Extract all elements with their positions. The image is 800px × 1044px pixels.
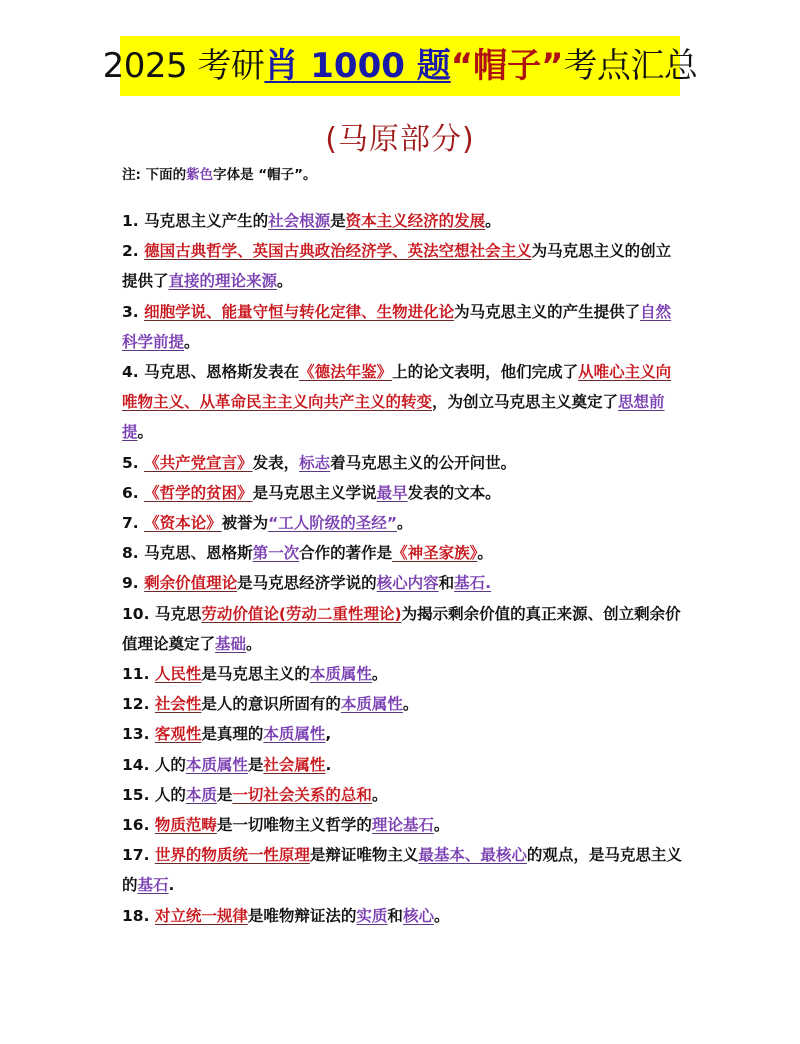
item-number: 15. bbox=[122, 786, 149, 804]
body-text: 马克思、恩格斯 bbox=[144, 544, 253, 562]
hat-keyword: 本质属性 bbox=[263, 725, 325, 743]
hat-keyword: 基础 bbox=[215, 635, 246, 653]
body-text: 是马克思经济学说的 bbox=[237, 574, 377, 592]
body-text: 上的论文表明，他们完成了 bbox=[392, 363, 578, 381]
body-text: 。 bbox=[397, 514, 413, 532]
answer-text: 劳动价值论(劳动二重性理论) bbox=[201, 605, 401, 623]
body-text: 是唯物辩证法的 bbox=[248, 907, 357, 925]
body-text: 。 bbox=[434, 907, 450, 925]
hat-keyword: 社会根源 bbox=[268, 212, 330, 230]
body-text: 是辩证唯物主义 bbox=[310, 846, 419, 864]
answer-text: 《神圣家族》 bbox=[392, 544, 477, 562]
item-number: 8. bbox=[122, 544, 139, 562]
body-text: 。 bbox=[184, 333, 200, 351]
hat-keyword: 实质 bbox=[356, 907, 387, 925]
item-number: 5. bbox=[122, 454, 139, 472]
answer-text: 社会属性 bbox=[263, 756, 325, 774]
answer-text: 细胞学说、能量守恒与转化定律、生物进化论 bbox=[144, 303, 454, 321]
body-text: , bbox=[325, 725, 331, 743]
answer-text: 对立统一规律 bbox=[155, 907, 248, 925]
body-text: 是 bbox=[217, 786, 233, 804]
item-number: 9. bbox=[122, 574, 139, 592]
body-text: 。 bbox=[477, 544, 493, 562]
body-text: 着马克思主义的公开问世。 bbox=[330, 454, 516, 472]
list-item: 17. 世界的物质统一性原理是辩证唯物主义最基本、最核心的观点，是马克思主义的基… bbox=[122, 840, 682, 900]
body-text: 发表， bbox=[253, 454, 300, 472]
item-number: 6. bbox=[122, 484, 139, 502]
list-item: 6. 《哲学的贫困》是马克思主义学说最早发表的文本。 bbox=[122, 478, 682, 508]
item-number: 16. bbox=[122, 816, 149, 834]
note-purple-word: 紫色 bbox=[186, 167, 213, 183]
body-text: 。 bbox=[372, 665, 388, 683]
body-text: 。 bbox=[246, 635, 262, 653]
answer-text: 德国古典哲学、英国古典政治经济学、英法空想社会主义 bbox=[144, 242, 532, 260]
body-text: 马克思、恩格斯发表在 bbox=[144, 363, 299, 381]
answer-text: 物质范畴 bbox=[155, 816, 217, 834]
title-banner: 2025 考研 肖 1000 题 “帽子” 考点汇总 bbox=[120, 36, 680, 96]
page-subtitle: (马原部分) bbox=[0, 114, 800, 158]
body-text: 和 bbox=[439, 574, 455, 592]
body-text: 马克思 bbox=[155, 605, 202, 623]
body-text: 马克思主义产生的 bbox=[144, 212, 268, 230]
hat-keyword: 本质 bbox=[186, 786, 217, 804]
hat-keyword: 标志 bbox=[299, 454, 330, 472]
title-summary-text: 考点汇总 bbox=[563, 36, 697, 96]
answer-text: 《德法年鉴》 bbox=[299, 363, 392, 381]
item-number: 2. bbox=[122, 242, 139, 260]
hat-keyword: 基石. bbox=[454, 574, 491, 592]
body-text: 是马克思主义的 bbox=[201, 665, 310, 683]
hat-keyword: 核心内容 bbox=[377, 574, 439, 592]
body-text: 是真理的 bbox=[201, 725, 263, 743]
hat-keyword: 理论基石 bbox=[372, 816, 434, 834]
list-item: 8. 马克思、恩格斯第一次合作的著作是《神圣家族》。 bbox=[122, 538, 682, 568]
list-item: 12. 社会性是人的意识所固有的本质属性。 bbox=[122, 689, 682, 719]
title-book-text: 肖 1000 题 bbox=[264, 36, 450, 96]
hat-keyword: 第一次 bbox=[253, 544, 300, 562]
item-number: 7. bbox=[122, 514, 139, 532]
answer-text: 《哲学的贫困》 bbox=[144, 484, 253, 502]
list-item: 11. 人民性是马克思主义的本质属性。 bbox=[122, 659, 682, 689]
body-text: 。 bbox=[485, 212, 501, 230]
body-text: 被誉为 bbox=[222, 514, 269, 532]
body-text: 是 bbox=[248, 756, 264, 774]
list-item: 9. 剩余价值理论是马克思经济学说的核心内容和基石. bbox=[122, 568, 682, 598]
hat-keyword: 最基本、最核心 bbox=[418, 846, 527, 864]
item-number: 17. bbox=[122, 846, 149, 864]
body-text: 。 bbox=[372, 786, 388, 804]
list-item: 2. 德国古典哲学、英国古典政治经济学、英法空想社会主义为马克思主义的创立提供了… bbox=[122, 236, 682, 296]
list-item: 1. 马克思主义产生的社会根源是资本主义经济的发展。 bbox=[122, 206, 682, 236]
answer-text: 剩余价值理论 bbox=[144, 574, 237, 592]
body-text: 是一切唯物主义哲学的 bbox=[217, 816, 372, 834]
list-item: 15. 人的本质是一切社会关系的总和。 bbox=[122, 780, 682, 810]
hat-keyword: 直接的理论来源 bbox=[169, 272, 278, 290]
body-text: 为马克思主义的产生提供了 bbox=[454, 303, 640, 321]
body-text: 是马克思主义学说 bbox=[253, 484, 377, 502]
item-number: 13. bbox=[122, 725, 149, 743]
hat-keyword: 基石 bbox=[138, 876, 169, 894]
list-item: 7. 《资本论》被誉为“工人阶级的圣经”。 bbox=[122, 508, 682, 538]
body-text: 合作的著作是 bbox=[299, 544, 392, 562]
answer-text: 世界的物质统一性原理 bbox=[155, 846, 310, 864]
hat-keyword: 本质属性 bbox=[310, 665, 372, 683]
answer-text: 资本主义经济的发展 bbox=[346, 212, 486, 230]
body-text: 。 bbox=[277, 272, 293, 290]
body-text: 。 bbox=[434, 816, 450, 834]
hat-keyword: “工人阶级的圣经” bbox=[268, 514, 397, 532]
body-text: 。 bbox=[403, 695, 419, 713]
body-text: ，为创立马克思主义奠定了 bbox=[432, 393, 618, 411]
item-number: 12. bbox=[122, 695, 149, 713]
body-text: 和 bbox=[387, 907, 403, 925]
body-text: 是 bbox=[330, 212, 346, 230]
item-number: 11. bbox=[122, 665, 149, 683]
hat-keyword: 本质属性 bbox=[341, 695, 403, 713]
body-text: 人的 bbox=[155, 786, 186, 804]
list-item: 16. 物质范畴是一切唯物主义哲学的理论基石。 bbox=[122, 810, 682, 840]
list-item: 3. 细胞学说、能量守恒与转化定律、生物进化论为马克思主义的产生提供了自然科学前… bbox=[122, 297, 682, 357]
answer-text: 客观性 bbox=[155, 725, 202, 743]
list-item: 5. 《共产党宣言》发表，标志着马克思主义的公开问世。 bbox=[122, 448, 682, 478]
body-text: . bbox=[169, 876, 175, 894]
list-item: 18. 对立统一规律是唯物辩证法的实质和核心。 bbox=[122, 901, 682, 931]
note-prefix: 注: 下面的 bbox=[122, 167, 186, 183]
body-text: . bbox=[325, 756, 331, 774]
note-suffix: 字体是 “帽子”。 bbox=[213, 167, 316, 183]
item-number: 3. bbox=[122, 303, 139, 321]
hat-keyword: 核心 bbox=[403, 907, 434, 925]
hat-keyword: 本质属性 bbox=[186, 756, 248, 774]
item-number: 1. bbox=[122, 212, 139, 230]
item-number: 14. bbox=[122, 756, 149, 774]
key-points-list: 1. 马克思主义产生的社会根源是资本主义经济的发展。2. 德国古典哲学、英国古典… bbox=[122, 206, 682, 931]
list-item: 4. 马克思、恩格斯发表在《德法年鉴》上的论文表明，他们完成了从唯心主义向唯物主… bbox=[122, 357, 682, 448]
hat-keyword: 最早 bbox=[377, 484, 408, 502]
title-hat-text: “帽子” bbox=[451, 36, 564, 96]
item-number: 18. bbox=[122, 907, 149, 925]
answer-text: 一切社会关系的总和 bbox=[232, 786, 372, 804]
body-text: 人的 bbox=[155, 756, 186, 774]
list-item: 13. 客观性是真理的本质属性, bbox=[122, 719, 682, 749]
list-item: 14. 人的本质属性是社会属性. bbox=[122, 750, 682, 780]
body-text: 发表的文本。 bbox=[408, 484, 501, 502]
answer-text: 人民性 bbox=[155, 665, 202, 683]
answer-text: 《资本论》 bbox=[144, 514, 222, 532]
item-number: 10. bbox=[122, 605, 149, 623]
body-text: 是人的意识所固有的 bbox=[201, 695, 341, 713]
item-number: 4. bbox=[122, 363, 139, 381]
title-year-text: 2025 考研 bbox=[103, 36, 265, 96]
legend-note: 注: 下面的紫色字体是 “帽子”。 bbox=[122, 163, 317, 183]
answer-text: 社会性 bbox=[155, 695, 202, 713]
answer-text: 《共产党宣言》 bbox=[144, 454, 253, 472]
list-item: 10. 马克思劳动价值论(劳动二重性理论)为揭示剩余价值的真正来源、创立剩余价值… bbox=[122, 599, 682, 659]
body-text: 。 bbox=[138, 423, 154, 441]
